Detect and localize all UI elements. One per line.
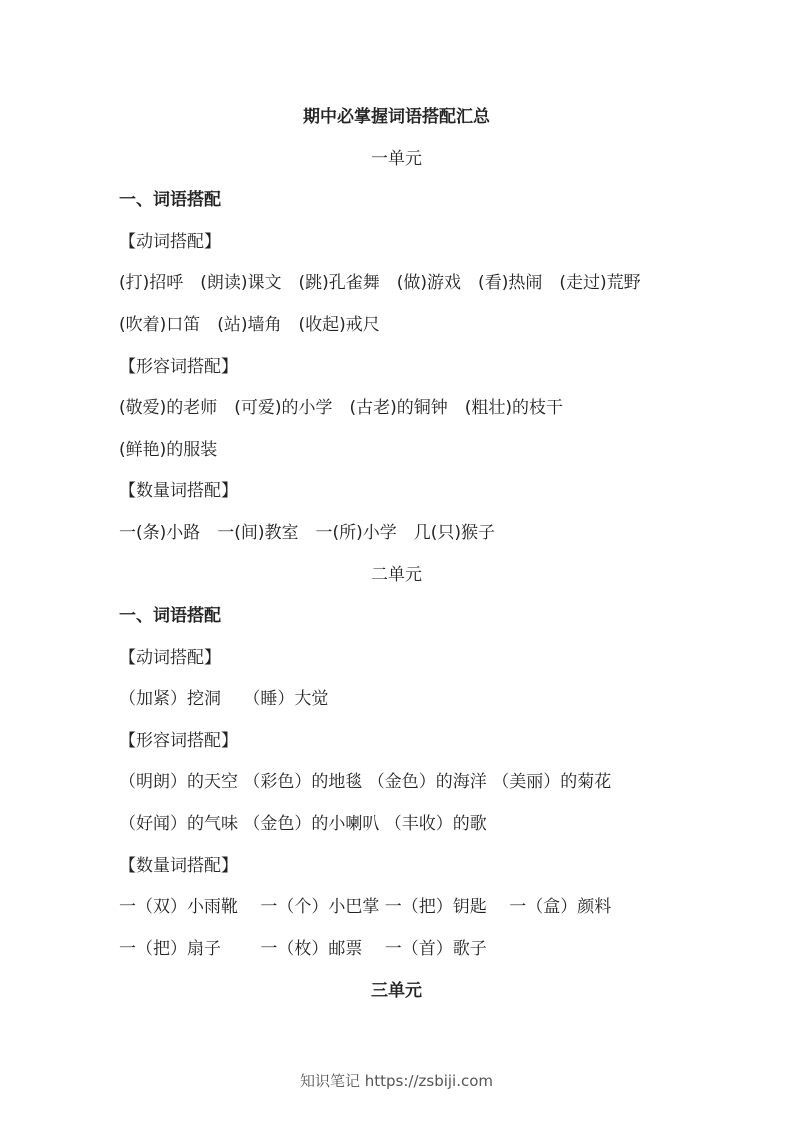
unit-2-verb-line-1: （加紧）挖洞 （睡）大觉: [119, 688, 328, 710]
unit-1-verb-line-2: (吹着)口笛 (站)墙角 (收起)戒尺: [119, 314, 380, 336]
footer-watermark: 知识笔记 https://zsbiji.com: [0, 1070, 793, 1091]
unit-2-section-heading: 一、词语搭配: [119, 605, 221, 627]
document-title: 期中必掌握词语搭配汇总: [0, 106, 793, 128]
unit-1-adjective-line-2: (鲜艳)的服装: [119, 439, 217, 461]
unit-2-verb-label: 【动词搭配】: [119, 647, 221, 669]
unit-2-heading: 二单元: [0, 564, 793, 586]
unit-1-heading: 一单元: [0, 148, 793, 170]
document-page: 期中必掌握词语搭配汇总 一单元 一、词语搭配 【动词搭配】 (打)招呼 (朗读)…: [0, 0, 793, 1122]
unit-3-heading: 三单元: [0, 980, 793, 1002]
unit-2-quantifier-line-1: 一（双）小雨靴 一（个）小巴掌 一（把）钥匙 一（盒）颜料: [119, 896, 611, 918]
unit-2-adjective-line-1: （明朗）的天空 （彩色）的地毯 （金色）的海洋 （美丽）的菊花: [119, 771, 611, 793]
unit-2-adjective-line-2: （好闻）的气味 （金色）的小喇叭 （丰收）的歌: [119, 813, 487, 835]
unit-1-adjective-line-1: (敬爱)的老师 (可爱)的小学 (古老)的铜钟 (粗壮)的枝干: [119, 397, 563, 419]
unit-1-quantifier-line-1: 一(条)小路 一(间)教室 一(所)小学 几(只)猴子: [119, 522, 495, 544]
unit-1-section-heading: 一、词语搭配: [119, 189, 221, 211]
unit-1-quantifier-label: 【数量词搭配】: [119, 480, 238, 502]
unit-2-quantifier-line-2: 一（把）扇子 一（枚）邮票 一（首）歌子: [119, 938, 487, 960]
unit-1-adjective-label: 【形容词搭配】: [119, 356, 238, 378]
unit-1-verb-line-1: (打)招呼 (朗读)课文 (跳)孔雀舞 (做)游戏 (看)热闹 (走过)荒野: [119, 272, 641, 294]
unit-2-quantifier-label: 【数量词搭配】: [119, 855, 238, 877]
unit-2-adjective-label: 【形容词搭配】: [119, 730, 238, 752]
unit-1-verb-label: 【动词搭配】: [119, 231, 221, 253]
